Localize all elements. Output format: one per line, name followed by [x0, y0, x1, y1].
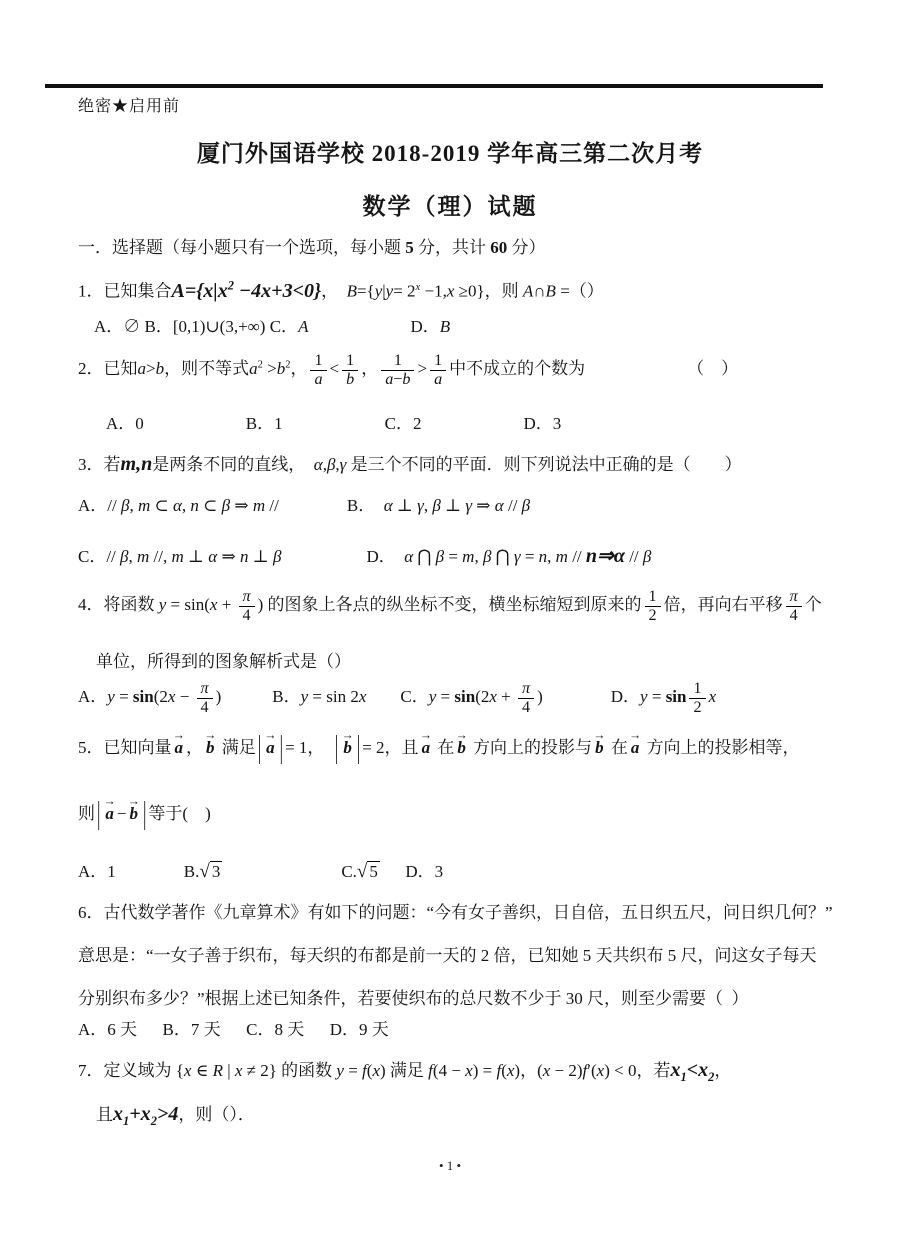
question-2-options: A．0 B．1 C．2 D．3: [78, 412, 858, 437]
question-3-options-ab: A．// β, m ⊂ α, n ⊂ β ⇒ m // B． α ⊥ γ, β …: [78, 494, 858, 519]
question-5-stem-line2: 则|a−b|等于( ): [78, 802, 858, 827]
page-number: • 1 •: [0, 1158, 900, 1174]
question-1-stem: 1．已知集合A={x|x2 −4x+3<0}， B={y|y= 2x −1,x …: [78, 276, 858, 306]
question-6-stem-line1: 6．古代数学著作《九章算术》有如下的问题：“今有女子善织，日自倍，五日织五尺，问…: [78, 901, 858, 926]
question-5-options: A．1 B.√3 C.√5 D．3: [78, 858, 858, 886]
question-5-stem-line1: 5．已知向量a，b 满足|a|= 1， |b|= 2，且a 在b 方向上的投影与…: [78, 736, 858, 761]
question-4-stem-line1: 4．将函数 y = sin(x + π4) 的图象上各点的纵坐标不变，横坐标缩短…: [78, 588, 858, 625]
classification-label: 绝密★启用前: [78, 93, 180, 116]
question-4-options: A．y = sin(2x − π4) B．y = sin 2x C．y = si…: [78, 680, 858, 717]
question-3-options-cd: C．// β, m //, m ⊥ α ⇒ n ⊥ β D． α ⋂ β = m…: [78, 542, 858, 571]
question-7-stem-line2: 且x1+x2>4，则（）．: [78, 1100, 858, 1130]
exam-page: 绝密★启用前 厦门外国语学校 2018-2019 学年高三第二次月考 数学（理）…: [0, 0, 900, 1246]
question-6-stem-line3: 分别织布多少？”根据上述已知条件，若要使织布的总尺数不少于 30 尺，则至少需要…: [78, 987, 858, 1012]
exam-subtitle: 数学（理）试题: [0, 188, 900, 221]
question-6-stem-line2: 意思是：“一女子善于织布，每天织的布都是前一天的 2 倍，已知她 5 天共织布 …: [78, 944, 858, 969]
question-7-stem-line1: 7．定义域为 {x ∈ R | x ≠ 2} 的函数 y = f(x) 满足 f…: [78, 1056, 858, 1086]
question-6-options: A．6 天 B．7 天 C．8 天 D．9 天: [78, 1018, 858, 1043]
question-3-stem: 3．若m,n是两条不同的直线， α,β,γ 是三个不同的平面．则下列说法中正确的…: [78, 450, 858, 479]
question-2-stem: 2．已知a>b，则不等式a2 >b2，1a<1b，1a−b>1a中不成立的个数为…: [78, 352, 858, 389]
header-rule: [45, 84, 823, 88]
question-1-options: A．∅ B．[0,1)∪(3,+∞) C．A D．B: [78, 315, 858, 340]
exam-title: 厦门外国语学校 2018-2019 学年高三第二次月考: [0, 135, 900, 168]
section-heading: 一．选择题（每小题只有一个选项，每小题 5 分，共计 60 分）: [78, 236, 858, 261]
question-4-stem-line2: 单位，所得到的图象解析式是（）: [78, 650, 858, 675]
